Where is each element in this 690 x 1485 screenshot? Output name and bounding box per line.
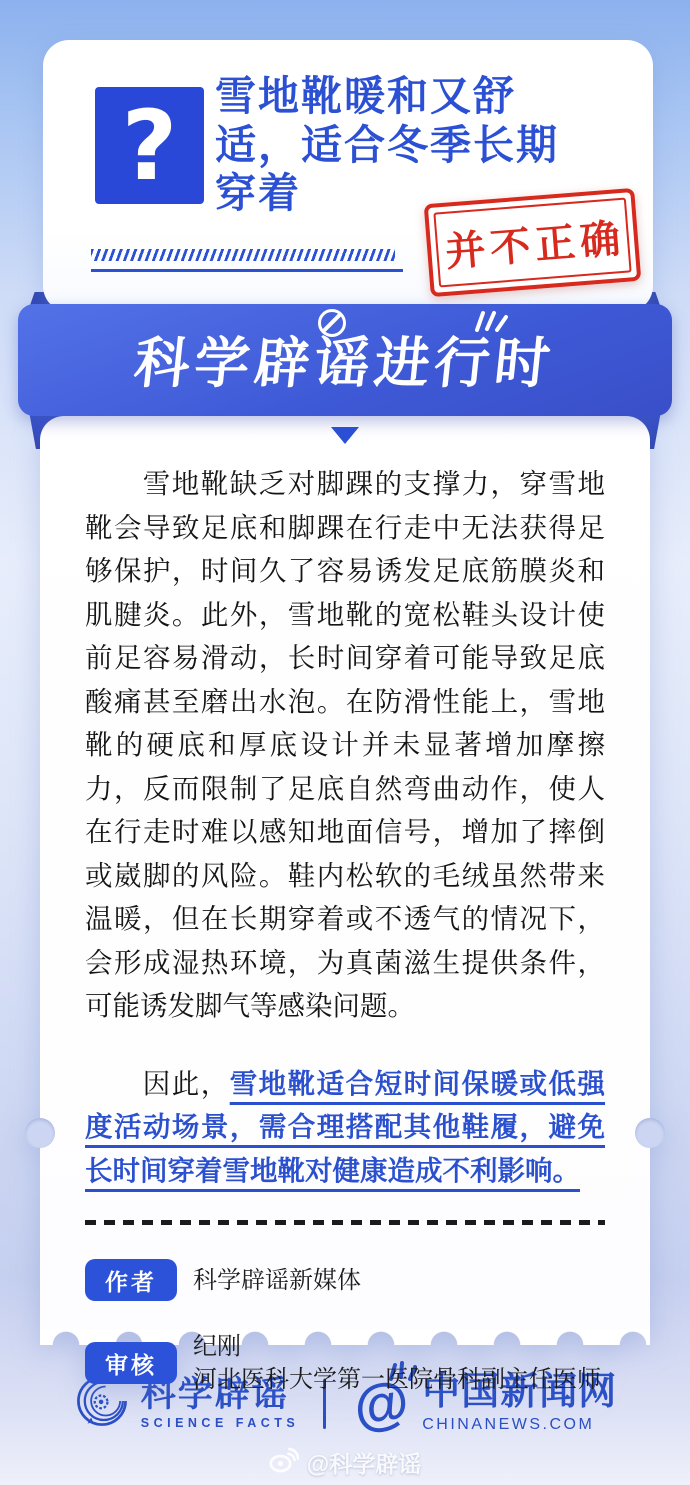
ticket-notch-right: [635, 1118, 665, 1148]
incorrect-stamp: 并不正确: [424, 188, 642, 297]
claim-title-line: 适，适合冬季长期: [215, 121, 690, 170]
hatch-decoration: [91, 249, 395, 261]
incorrect-stamp-text: 并不正确: [433, 198, 631, 288]
reviewer-value: 纪刚 河北医科大学第一医院骨科副主任医师: [193, 1330, 601, 1396]
watermark-text: @科学辟谣: [307, 1446, 421, 1479]
claim-title-line: 雪地靴暖和又舒: [215, 72, 690, 121]
author-row: 作者 科学辟谣新媒体: [85, 1259, 605, 1301]
watermark: @科学辟谣: [0, 1446, 690, 1479]
author-value: 科学辟谣新媒体: [193, 1264, 361, 1297]
dashed-separator: [85, 1220, 605, 1225]
author-label-pill: 作者: [85, 1259, 177, 1301]
down-triangle-icon: [331, 427, 359, 444]
weibo-icon: [269, 1447, 299, 1479]
article: 雪地靴缺乏对脚踝的支撑力，穿雪地靴会导致足底和脚踝在行走中无法获得足够保护，时间…: [85, 462, 605, 1192]
question-mark-icon: ?: [95, 87, 204, 204]
reviewer-name: 纪刚: [193, 1330, 601, 1363]
paragraph-2-prefix: 因此，: [143, 1068, 230, 1099]
section-banner: 科学辟谣进行时: [18, 304, 672, 416]
speed-lines-icon: [473, 310, 509, 337]
reviewer-label-pill: 审核: [85, 1342, 177, 1384]
article-paragraph-1: 雪地靴缺乏对脚踝的支撑力，穿雪地靴会导致足底和脚踝在行走中无法获得足够保护，时间…: [85, 462, 605, 1028]
no-symbol-icon: [318, 309, 346, 337]
underline-rule: [91, 269, 403, 272]
question-mark-glyph: ?: [122, 98, 178, 194]
reviewer-title: 河北医科大学第一医院骨科副主任医师: [193, 1363, 601, 1396]
reviewer-row: 审核 纪刚 河北医科大学第一医院骨科副主任医师: [85, 1330, 605, 1396]
content-card: 雪地靴缺乏对脚踝的支撑力，穿雪地靴会导致足底和脚踝在行走中无法获得足够保护，时间…: [40, 416, 650, 1345]
content-card-body: 雪地靴缺乏对脚踝的支撑力，穿雪地靴会导致足底和脚踝在行走中无法获得足够保护，时间…: [40, 416, 650, 1329]
credits: 作者 科学辟谣新媒体 审核 纪刚 河北医科大学第一医院骨科副主任医师: [85, 1259, 605, 1396]
ticket-notch-left: [25, 1118, 55, 1148]
science-facts-en: SCIENCE FACTS: [141, 1416, 300, 1430]
chinanews-en: CHINANEWS.COM: [422, 1416, 617, 1434]
article-paragraph-2: 因此，雪地靴适合短时间保暖或低强度活动场景，需合理搭配其他鞋履，避免长时间穿着雪…: [85, 1062, 605, 1193]
